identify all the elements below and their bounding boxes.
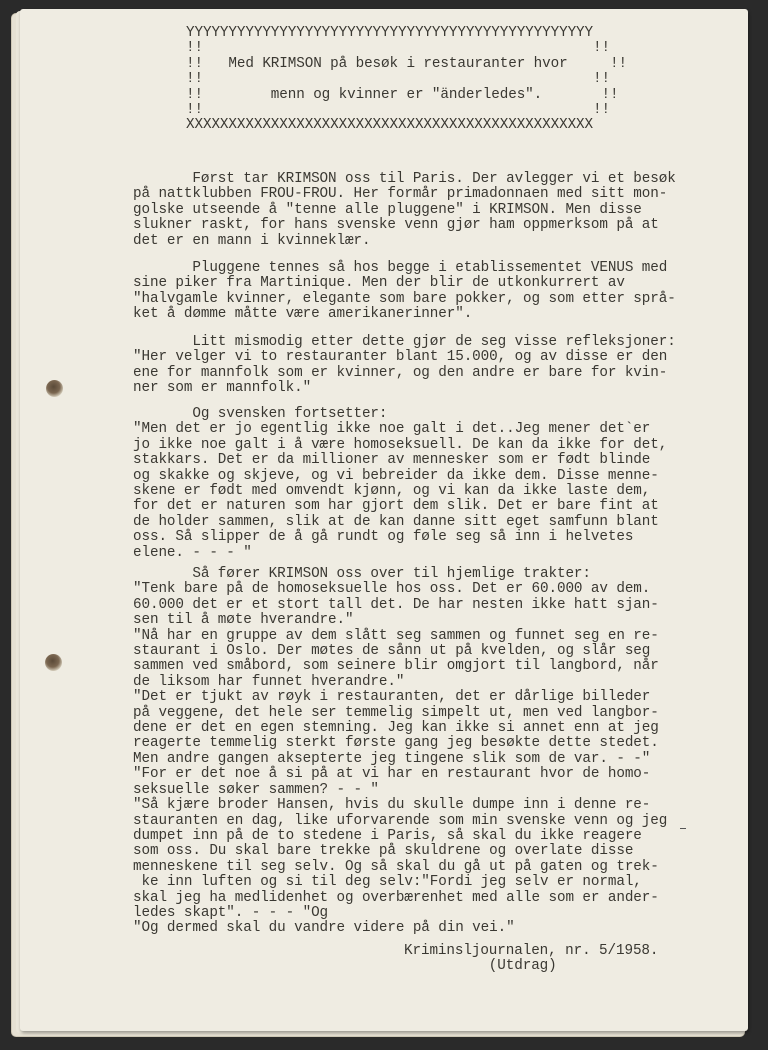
header-title-line-1-row: !! — [186, 56, 228, 72]
text-line: og skakke og skjeve, og vi bebreider da … — [133, 468, 659, 484]
text-line: "Så kjære broder Hansen, hvis du skulle … — [133, 797, 650, 813]
text-line: "Men det er jo egentlig ikke noe galt i … — [133, 421, 650, 437]
text-line: elene. - - - " — [133, 545, 252, 561]
text-line: seksuelle søker sammen? - - " — [133, 782, 379, 798]
text-line: ke inn luften og si til deg selv:"Fordi … — [133, 874, 642, 890]
text-line: de holder sammen, slik at de kan danne s… — [133, 514, 659, 530]
paragraph-2: Pluggene tennes så hos begge i etablisse… — [133, 261, 676, 323]
text-line: ner som er mannfolk." — [133, 380, 311, 396]
text-line: "Nå har en gruppe av dem slått seg samme… — [133, 628, 659, 644]
punch-hole-icon — [45, 654, 62, 671]
text-line: reagerte temmelig sterkt første gang jeg… — [133, 735, 659, 751]
text-line: dumpet inn på de to stedene i Paris, så … — [133, 828, 642, 844]
text-line: sine piker fra Martinique. Men der blir … — [133, 275, 625, 291]
text-line: "halvgamle kvinner, elegante som bare po… — [133, 291, 676, 307]
text-line: stakkars. Det er da millioner av mennesk… — [133, 452, 650, 468]
excerpt-note: (Utdrag) — [489, 958, 557, 974]
header-top-border: YYYYYYYYYYYYYYYYYYYYYYYYYYYYYYYYYYYYYYYY… — [186, 25, 593, 41]
text-line: menneskene til seg selv. Og så skal du g… — [133, 859, 659, 875]
text-line: for det er naturen som har gjort dem sli… — [133, 498, 659, 514]
text-line: jo ikke noe galt i å være homoseksuell. … — [133, 437, 667, 453]
header-title-line-1: Med KRIMSON på besøk i restauranter hvor — [228, 56, 567, 72]
text-line: "For er det noe å si på at vi har en res… — [133, 766, 650, 782]
punch-hole-icon — [46, 380, 63, 397]
text-line: ledes skapt". - - - "Og — [133, 905, 328, 921]
text-line: Og svensken fortsetter: — [133, 406, 387, 422]
header-title-line-2-row: !! — [186, 87, 271, 103]
text-line: skal jeg ha medlidenhet og overbærenhet … — [133, 890, 659, 906]
header-title-line-2: menn og kvinner er "änderledes". — [271, 87, 542, 103]
header-side-border: !! !! — [186, 71, 610, 87]
header-side-border: !! !! — [186, 40, 610, 56]
paragraph-1: Først tar KRIMSON oss til Paris. Der avl… — [133, 172, 676, 249]
paragraph-4: Og svensken fortsetter: "Men det er jo e… — [133, 407, 667, 561]
text-line: sammen ved småbord, som seinere blir omg… — [133, 658, 659, 674]
text-line: på nattklubben FROU-FROU. Her formår pri… — [133, 186, 667, 202]
header-side-border: !! — [542, 87, 618, 103]
text-line: det er en mann i kvinneklær. — [133, 233, 370, 249]
text-line: "Det er tjukt av røyk i restauranten, de… — [133, 689, 650, 705]
stray-mark — [680, 828, 686, 829]
text-line: "Her velger vi to restauranter blant 15.… — [133, 349, 667, 365]
header-bottom-border: XXXXXXXXXXXXXXXXXXXXXXXXXXXXXXXXXXXXXXXX… — [186, 117, 593, 133]
text-line: sen til å møte hverandre." — [133, 612, 353, 628]
text-line: golske utseende å "tenne alle pluggene" … — [133, 202, 642, 218]
text-line: slukner raskt, for hans svenske venn gjø… — [133, 217, 659, 233]
text-line: oss. Så slipper de å gå rundt og føle se… — [133, 529, 633, 545]
header-side-border: !! !! — [186, 102, 610, 118]
text-line: 60.000 det er et stort tall det. De har … — [133, 597, 659, 613]
header-box: YYYYYYYYYYYYYYYYYYYYYYYYYYYYYYYYYYYYYYYY… — [186, 26, 627, 134]
text-line: som oss. Du skal bare trekke på skuldren… — [133, 843, 633, 859]
text-line: Pluggene tennes så hos begge i etablisse… — [133, 260, 667, 276]
text-line: dene er det en egen stemning. Jeg kan ik… — [133, 720, 659, 736]
header-side-border: !! — [568, 56, 627, 72]
paragraph-3: Litt mismodig etter dette gjør de seg vi… — [133, 335, 676, 397]
paragraph-5: Så fører KRIMSON oss over til hjemlige t… — [133, 567, 667, 937]
source-signature: Kriminsljournalen, nr. 5/1958. (Utdrag) — [404, 944, 658, 975]
text-line: staurant i Oslo. Der møtes de sånn ut på… — [133, 643, 650, 659]
text-line: "Tenk bare på de homoseksuelle hos oss. … — [133, 581, 650, 597]
text-line: Litt mismodig etter dette gjør de seg vi… — [133, 334, 676, 350]
source-citation: Kriminsljournalen, nr. 5/1958. — [404, 943, 658, 959]
text-line: på veggene, det hele ser temmelig simpel… — [133, 705, 659, 721]
text-line: skene er født med omvendt kjønn, og vi k… — [133, 483, 650, 499]
text-line: Først tar KRIMSON oss til Paris. Der avl… — [133, 171, 676, 187]
text-line: Men andre gangen aksepterte jeg tingene … — [133, 751, 650, 767]
text-line: ene for mannfolk som er kvinner, og den … — [133, 365, 667, 381]
indent — [404, 958, 489, 974]
text-line: stauranten en dag, like uforvarende som … — [133, 813, 667, 829]
text-line: "Og dermed skal du vandre videre på din … — [133, 920, 515, 936]
text-line: ket å dømme måtte være amerikanerinner". — [133, 306, 472, 322]
text-line: Så fører KRIMSON oss over til hjemlige t… — [133, 566, 591, 582]
text-line: de liksom har funnet hverandre." — [133, 674, 404, 690]
